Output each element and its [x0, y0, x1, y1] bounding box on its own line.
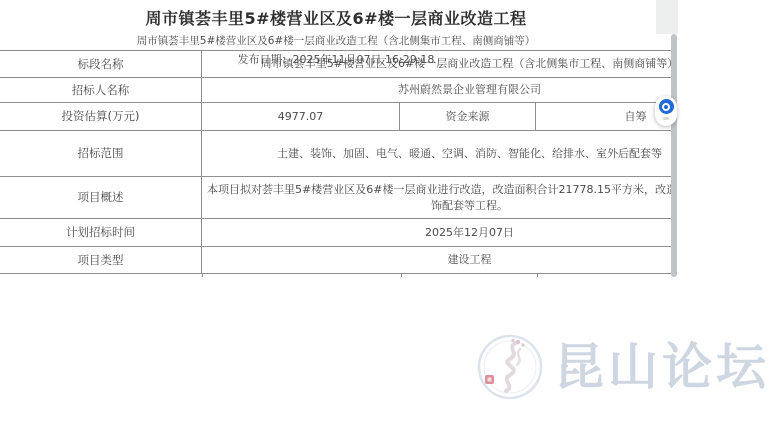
tender-info-table: 标段名称 周市镇荟丰里5#楼营业区及6#楼一层商业改造工程（含北侧集市工程、南侧…: [0, 50, 672, 274]
row-value: 建设工程: [202, 247, 672, 273]
table-row: 投资估算(万元) 4977.07 资金来源 自筹: [0, 103, 672, 131]
table-row: 计划招标时间 2025年12月07日: [0, 219, 672, 247]
table-row: 项目概述 本项目拟对荟丰里5#楼营业区及6#楼一层商业进行改造，改造面积合计21…: [0, 177, 672, 219]
table-row: 标段名称 周市镇荟丰里5#楼营业区及6#楼一层商业改造工程（含北侧集市工程、南侧…: [0, 51, 672, 78]
watermark-text: 昆山论坛: [554, 333, 770, 401]
row-label: 项目类型: [0, 247, 202, 273]
row-label-secondary: 资金来源: [400, 103, 536, 130]
scrollbar-track-corner: [656, 0, 678, 34]
row-value: 周市镇荟丰里5#楼营业区及6#楼一层商业改造工程（含北侧集市工程、南侧商铺等）: [202, 51, 672, 77]
table-border-stub: [202, 273, 203, 277]
table-row: 招标范围 土建、装饰、加固、电气、暖通、空调、消防、智能化、给排水、室外后配套等: [0, 131, 672, 177]
table-border-stub: [537, 273, 538, 277]
floating-widget-button[interactable]: [655, 96, 677, 126]
blue-donut-icon: [659, 99, 674, 114]
page-subtitle: 周市镇荟丰里5#楼营业区及6#楼一层商业改造工程（含北侧集市工程、南侧商铺等）: [0, 33, 672, 48]
row-label: 招标人名称: [0, 78, 202, 102]
widget-handle-dot: [663, 117, 669, 120]
kunshan-forum-logo-icon: [476, 333, 544, 401]
table-border-stub: [401, 273, 402, 277]
watermark: 昆山论坛: [476, 333, 770, 401]
row-label: 项目概述: [0, 177, 202, 218]
page-title: 周市镇荟丰里5#楼营业区及6#楼一层商业改造工程: [0, 6, 672, 29]
row-value: 本项目拟对荟丰里5#楼营业区及6#楼一层商业进行改造，改造面积合计21778.1…: [202, 177, 672, 218]
row-label: 计划招标时间: [0, 219, 202, 246]
tender-announcement-page: 周市镇荟丰里5#楼营业区及6#楼一层商业改造工程 周市镇荟丰里5#楼营业区及6#…: [0, 0, 780, 439]
table-body: 标段名称 周市镇荟丰里5#楼营业区及6#楼一层商业改造工程（含北侧集市工程、南侧…: [0, 50, 672, 274]
row-value: 2025年12月07日: [202, 219, 672, 246]
row-label: 投资估算(万元): [0, 103, 202, 130]
table-row: 项目类型 建设工程: [0, 247, 672, 274]
row-value-secondary: 自筹: [536, 103, 672, 130]
row-value: 土建、装饰、加固、电气、暖通、空调、消防、智能化、给排水、室外后配套等: [202, 131, 672, 176]
row-value: 4977.07: [202, 103, 400, 130]
scrollbar[interactable]: [671, 34, 677, 277]
row-value: 苏州蔚然景企业管理有限公司: [202, 78, 672, 102]
row-label: 招标范围: [0, 131, 202, 176]
table-row: 招标人名称 苏州蔚然景企业管理有限公司: [0, 78, 672, 103]
row-label: 标段名称: [0, 51, 202, 77]
